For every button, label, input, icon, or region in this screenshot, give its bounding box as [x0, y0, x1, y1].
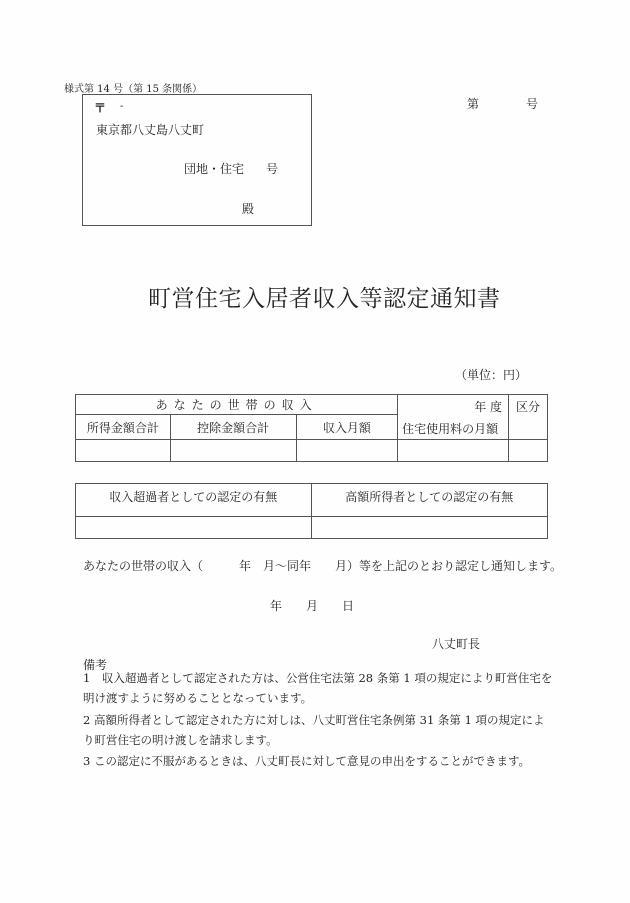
remark-item-2: 2 高額所得者として認定された方に対しは、八丈町営住宅条例第 31 条第 1 項… — [83, 710, 553, 750]
monthly-income-cell[interactable] — [296, 440, 398, 462]
postal-mark: 〒 — [94, 99, 106, 116]
status-table: 収入超過者としての認定の有無 高額所得者としての認定の有無 — [75, 483, 548, 539]
total-income-cell[interactable] — [76, 440, 171, 462]
monthly-income-header: 収入月額 — [296, 415, 398, 440]
unit-label: （単位：円） — [455, 366, 527, 383]
notice-text: あなたの世帯の収入（ 年 月～同年 月）等を上記のとおり認定し通知します。 — [83, 557, 562, 574]
category-header: 区分 — [509, 395, 548, 440]
high-income-header: 高額所得者としての認定の有無 — [311, 484, 548, 517]
rent-header: 年 度 住宅使用料の月額 — [398, 395, 509, 440]
table-row — [76, 440, 548, 462]
doc-number-prefix: 第 — [467, 95, 479, 112]
income-excess-cell[interactable] — [76, 517, 312, 539]
monthly-rent-label: 住宅使用料の月額 — [398, 415, 502, 437]
room-number-suffix: 号 — [266, 160, 278, 177]
high-income-cell[interactable] — [311, 517, 548, 539]
postal-dash: - — [120, 101, 123, 112]
monthly-rent-cell[interactable] — [398, 440, 509, 462]
income-table: あなたの世帯の収入 年 度 住宅使用料の月額 区分 所得金額合計 控除金額合計 … — [75, 394, 548, 462]
doc-number-suffix: 号 — [526, 95, 538, 112]
remark-item-3: 3 この認定に不服があるときは、八丈町長に対して意見の申出をすることができます。 — [83, 751, 553, 771]
recipient-address: 東京都八丈島八丈町 — [96, 121, 204, 138]
danchi-label: 団地・住宅 — [184, 160, 244, 177]
table-row — [76, 517, 548, 539]
category-cell[interactable] — [509, 440, 548, 462]
fiscal-year-label: 年 度 — [398, 398, 502, 415]
form-number: 様式第 14 号（第 15 条関係） — [64, 80, 202, 95]
total-deduction-cell[interactable] — [170, 440, 296, 462]
page-title: 町営住宅入居者収入等認定通知書 — [148, 280, 501, 313]
income-excess-header: 収入超過者としての認定の有無 — [76, 484, 312, 517]
household-income-header: あなたの世帯の収入 — [76, 395, 398, 415]
total-income-header: 所得金額合計 — [76, 415, 171, 440]
date-line: 年 月 日 — [270, 597, 354, 614]
remark-item-1: 1 収入超過者として認定された方は、公営住宅法第 28 条第 1 項の規定により… — [83, 668, 553, 708]
honorific: 殿 — [242, 200, 254, 217]
total-deduction-header: 控除金額合計 — [170, 415, 296, 440]
issuer: 八丈町長 — [432, 635, 480, 652]
